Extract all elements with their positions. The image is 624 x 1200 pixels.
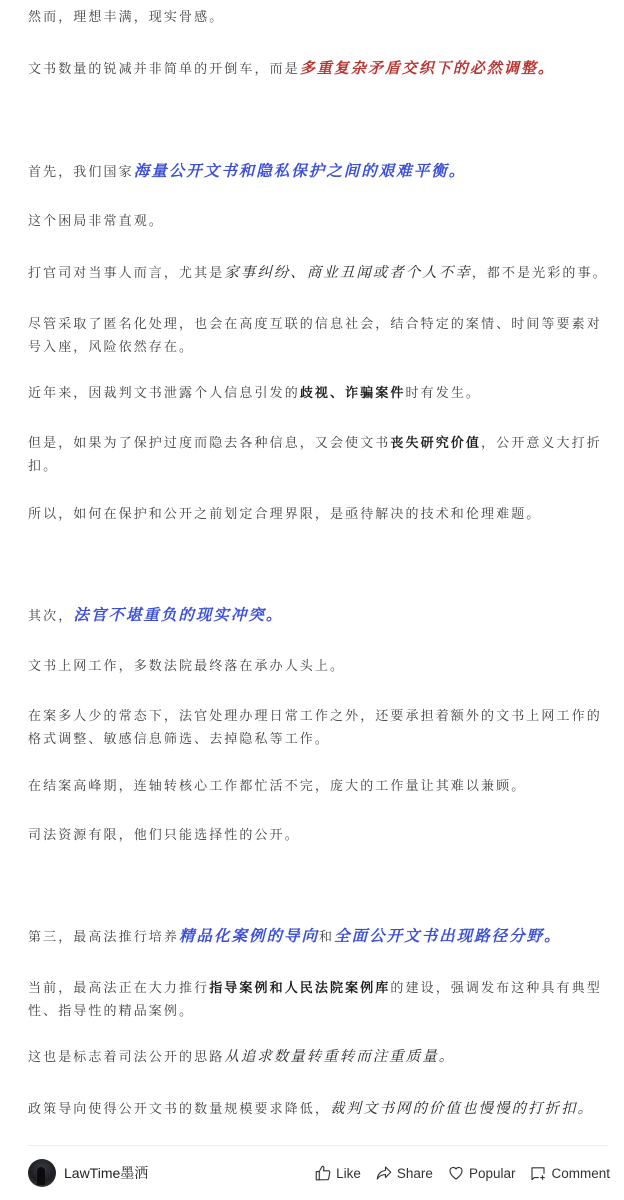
paragraph: 但是，如果为了保护过度而隐去各种信息，又会使文书丧失研究价值，公开意义大打折扣。 — [28, 432, 608, 478]
paragraph: 在结案高峰期，连轴转核心工作都忙活不完，庞大的工作量让其难以兼顾。 — [28, 775, 608, 798]
paragraph: 这也是标志着司法公开的思路从追求数量转重转而注重质量。 — [28, 1046, 608, 1069]
paragraph-text: 但是，如果为了保护过度而隐去各种信息，又会使文书 — [28, 436, 390, 451]
emphasis-text: 丧失研究价值 — [390, 436, 481, 451]
paragraph: 首先，我们国家海量公开文书和隐私保护之间的艰难平衡。 — [28, 160, 608, 184]
paragraph: 文书数量的锐减并非简单的开倒车，而是多重复杂矛盾交织下的必然调整。 — [28, 57, 608, 81]
paragraph: 文书上网工作，多数法院最终落在承办人头上。 — [28, 655, 608, 678]
action-bar: Like Share Popular Comment — [300, 1164, 610, 1182]
paragraph-text: 在案多人少的常态下，法官处理办理日常工作之外，还要承担着额外的文书上网工作的格式… — [28, 709, 602, 747]
paragraph-text: 和 — [319, 930, 334, 945]
paragraph-text: 第三，最高法推行培养 — [28, 930, 179, 945]
emphasis-text: 歧视、诈骗案件 — [300, 386, 406, 401]
emphasis-text: 海量公开文书和隐私保护之间的艰难平衡。 — [134, 162, 467, 180]
emphasis-text: 全面公开文书出现路径分野。 — [334, 927, 562, 945]
paragraph-text: 这也是标志着司法公开的思路 — [28, 1050, 224, 1065]
paragraph-text: 这个困局非常直观。 — [28, 214, 164, 229]
avatar[interactable] — [28, 1159, 56, 1187]
article-footer: LawTime墨洒 Like Share Popular Comment — [28, 1156, 610, 1190]
paragraph-text: 文书上网工作，多数法院最终落在承办人头上。 — [28, 659, 345, 674]
comment-plus-icon — [529, 1164, 547, 1182]
thumbs-up-icon — [314, 1164, 332, 1182]
paragraph: 当前，最高法正在大力推行指导案例和人民法院案例库的建设，强调发布这种具有典型性、… — [28, 977, 608, 1023]
emphasis-text: 法官不堪重负的现实冲突。 — [73, 606, 283, 624]
paragraph: 政策导向使得公开文书的数量规模要求降低，裁判文书网的价值也慢慢的打折扣。 — [28, 1098, 608, 1121]
popular-button[interactable]: Popular — [447, 1164, 516, 1182]
paragraph: 司法资源有限，他们只能选择性的公开。 — [28, 824, 608, 847]
like-label: Like — [336, 1166, 361, 1181]
emphasis-text: 指导案例和人民法院案例库 — [209, 981, 390, 996]
paragraph: 然而，理想丰满，现实骨感。 — [28, 6, 608, 29]
emphasis-text: 精品化案例的导向 — [179, 927, 319, 945]
paragraph-text: 所以，如何在保护和公开之前划定合理界限，是亟待解决的技术和伦理难题。 — [28, 507, 541, 522]
paragraph-text: 打官司对当事人而言，尤其是 — [28, 266, 224, 281]
paragraph: 打官司对当事人而言，尤其是家事纠纷、商业丑闻或者个人不幸，都不是光彩的事。 — [28, 262, 608, 285]
paragraph-text: 政策导向使得公开文书的数量规模要求降低， — [28, 1102, 330, 1117]
emphasis-text: 家事纠纷、商业丑闻或者个人不幸 — [224, 265, 472, 281]
paragraph: 第三，最高法推行培养精品化案例的导向和全面公开文书出现路径分野。 — [28, 925, 608, 949]
paragraph: 近年来，因裁判文书泄露个人信息引发的歧视、诈骗案件时有发生。 — [28, 382, 608, 405]
paragraph-text: 在结案高峰期，连轴转核心工作都忙活不完，庞大的工作量让其难以兼顾。 — [28, 779, 526, 794]
paragraph-text: 时有发生。 — [406, 386, 482, 401]
paragraph-text: 其次， — [28, 609, 73, 624]
share-arrow-icon — [375, 1164, 393, 1182]
comment-label: Comment — [551, 1166, 610, 1181]
paragraph-text: 近年来，因裁判文书泄露个人信息引发的 — [28, 386, 300, 401]
footer-divider — [28, 1145, 608, 1146]
paragraph-text: 尽管采取了匿名化处理，也会在高度互联的信息社会，结合特定的案情、时间等要素对号入… — [28, 317, 602, 355]
author-name[interactable]: LawTime墨洒 — [64, 1163, 148, 1183]
share-button[interactable]: Share — [375, 1164, 433, 1182]
emphasis-text: 从追求数量转重转而注重质量。 — [224, 1049, 455, 1065]
paragraph-text: 首先，我们国家 — [28, 165, 134, 180]
like-button[interactable]: Like — [314, 1164, 361, 1182]
emphasis-text: 裁判文书网的价值也慢慢的打折扣。 — [330, 1101, 594, 1117]
emphasis-text: 多重复杂矛盾交织下的必然调整。 — [300, 59, 555, 77]
paragraph: 这个困局非常直观。 — [28, 210, 608, 233]
paragraph: 所以，如何在保护和公开之前划定合理界限，是亟待解决的技术和伦理难题。 — [28, 503, 608, 526]
paragraph: 其次，法官不堪重负的现实冲突。 — [28, 604, 608, 628]
paragraph-text: 司法资源有限，他们只能选择性的公开。 — [28, 828, 300, 843]
share-label: Share — [397, 1166, 433, 1181]
paragraph: 尽管采取了匿名化处理，也会在高度互联的信息社会，结合特定的案情、时间等要素对号入… — [28, 313, 608, 359]
popular-label: Popular — [469, 1166, 516, 1181]
paragraph: 在案多人少的常态下，法官处理办理日常工作之外，还要承担着额外的文书上网工作的格式… — [28, 705, 608, 751]
heart-icon — [447, 1164, 465, 1182]
paragraph-text: 文书数量的锐减并非简单的开倒车，而是 — [28, 62, 300, 77]
comment-button[interactable]: Comment — [529, 1164, 610, 1182]
paragraph-text: 然而，理想丰满，现实骨感。 — [28, 10, 224, 25]
paragraph-text: 当前，最高法正在大力推行 — [28, 981, 209, 996]
paragraph-text: ，都不是光彩的事。 — [472, 266, 608, 281]
